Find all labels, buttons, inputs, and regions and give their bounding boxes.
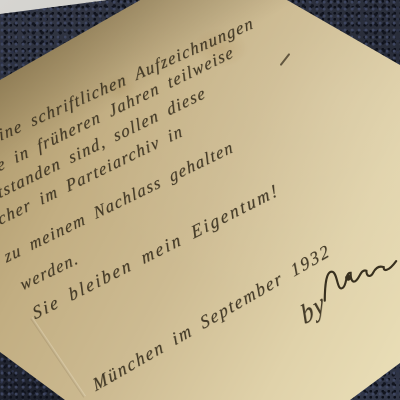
handwriting-layer: Meine schriftlichen Aufzeichnungen die i… — [0, 0, 400, 400]
photo-of-handwritten-note: Meine schriftlichen Aufzeichnungen die i… — [0, 0, 400, 400]
stray-ink-mark — [280, 53, 291, 66]
